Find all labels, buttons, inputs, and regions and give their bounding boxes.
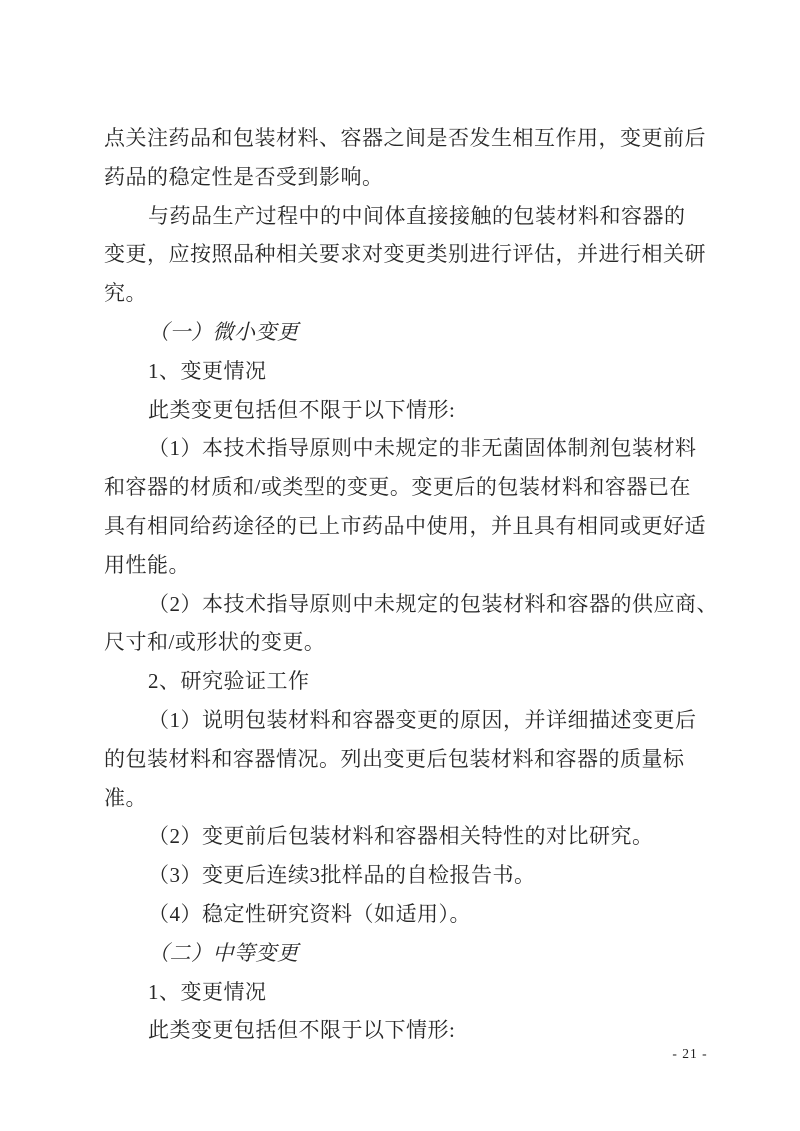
document-text-block: 点关注药品和包装材料、容器之间是否发生相互作用，变更前后 药品的稳定性是否受到影… (104, 119, 704, 1050)
text-line: 准。 (104, 779, 704, 818)
text-line: 具有相同给药途径的已上市药品中使用，并且具有相同或更好适 (104, 507, 704, 546)
section-heading-moderate-change: （二）中等变更 (104, 934, 704, 973)
text-line: 变更，应按照品种相关要求对变更类别进行评估，并进行相关研 (104, 235, 704, 274)
text-line: 药品的稳定性是否受到影响。 (104, 158, 704, 197)
text-line: 究。 (104, 274, 704, 313)
text-line: （2）本技术指导原则中未规定的包装材料和容器的供应商、 (104, 585, 704, 624)
text-line: （1）说明包装材料和容器变更的原因，并详细描述变更后 (104, 701, 704, 740)
text-line: 此类变更包括但不限于以下情形: (104, 391, 704, 430)
text-line: 和容器的材质和/或类型的变更。变更后的包装材料和容器已在 (104, 468, 704, 507)
text-line: 用性能。 (104, 546, 704, 585)
subsection-heading: 2、研究验证工作 (104, 662, 704, 701)
text-line: 尺寸和/或形状的变更。 (104, 623, 704, 662)
text-line: 点关注药品和包装材料、容器之间是否发生相互作用，变更前后 (104, 119, 704, 158)
text-line: （3）变更后连续3批样品的自检报告书。 (104, 856, 704, 895)
text-line: 与药品生产过程中的中间体直接接触的包装材料和容器的 (104, 197, 704, 236)
page-number: - 21 - (652, 1046, 728, 1062)
section-heading-minor-change: （一）微小变更 (104, 313, 704, 352)
text-line: （1）本技术指导原则中未规定的非无菌固体制剂包装材料 (104, 429, 704, 468)
text-line: 此类变更包括但不限于以下情形: (104, 1011, 704, 1050)
text-line: 的包装材料和容器情况。列出变更后包装材料和容器的质量标 (104, 740, 704, 779)
subsection-heading: 1、变更情况 (104, 973, 704, 1012)
text-line: （2）变更前后包装材料和容器相关特性的对比研究。 (104, 817, 704, 856)
text-line: （4）稳定性研究资料（如适用）。 (104, 895, 704, 934)
subsection-heading: 1、变更情况 (104, 352, 704, 391)
document-page: 点关注药品和包装材料、容器之间是否发生相互作用，变更前后 药品的稳定性是否受到影… (0, 0, 800, 1131)
